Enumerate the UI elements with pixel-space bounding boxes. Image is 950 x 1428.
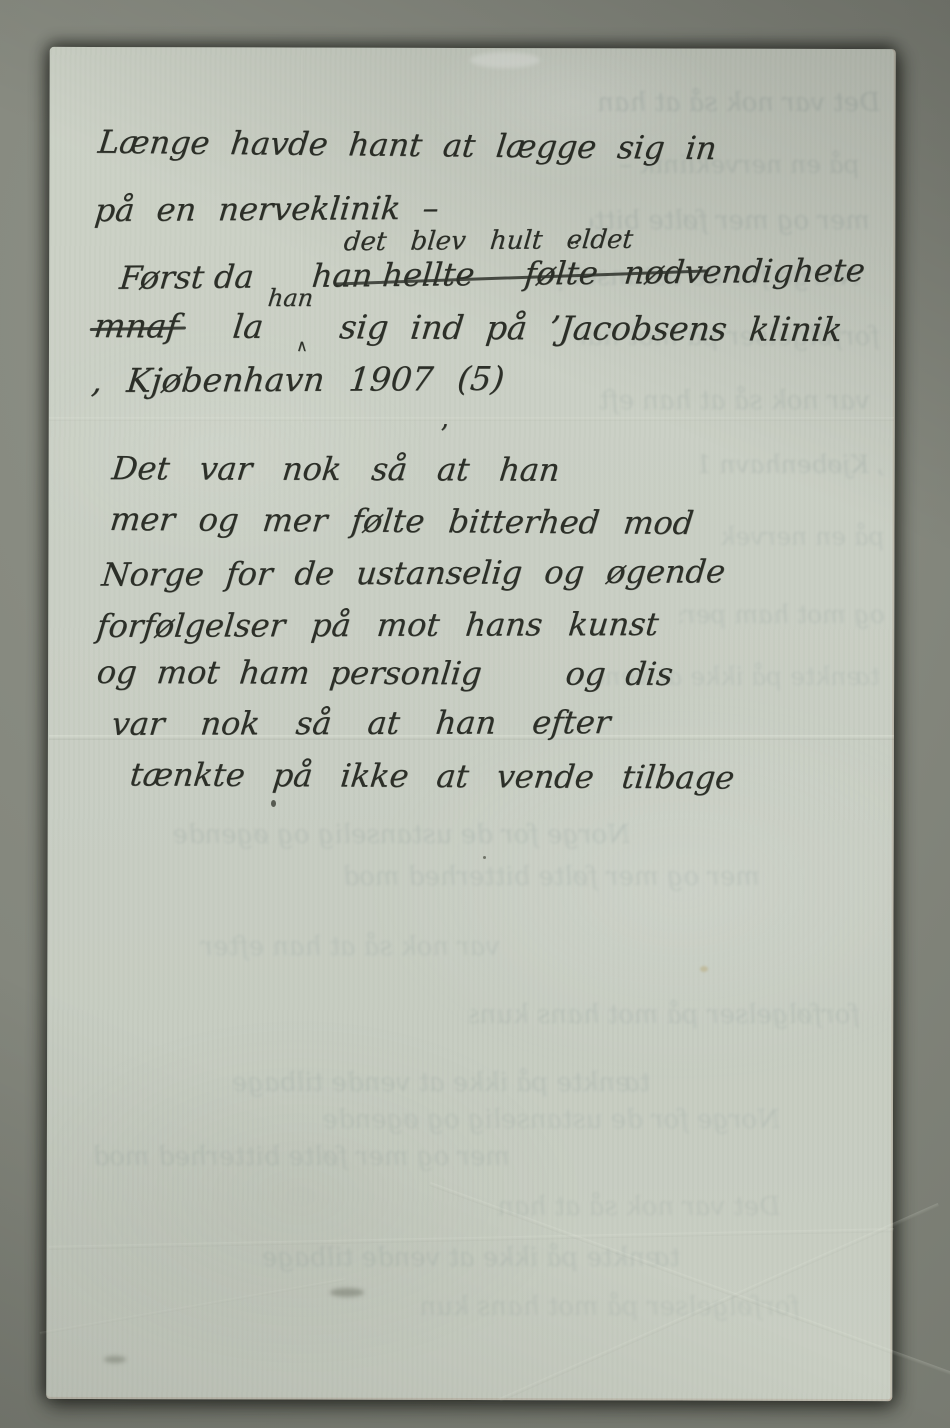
handwritten-line-11: var nok så at han efter [110, 703, 612, 743]
handwritten-line-4: mnaf la sig ind på ’Jacobsens klinik [92, 306, 844, 349]
handwritten-line-10: og mot ham personlig og dis [95, 653, 675, 693]
struck-words: han hellte [310, 255, 476, 295]
interline-insertion-1: det blev hult eldet [342, 225, 634, 258]
handwritten-line-7: mer og mer følte bitterhed mod [108, 500, 696, 542]
handwritten-line-6: Det var nok så at han [110, 449, 562, 489]
caret-mark: ∧ [296, 336, 308, 355]
line4-word-la: la [231, 307, 266, 346]
line10-start: og mot ham personlig [95, 653, 484, 692]
line3-start: Først da [118, 257, 256, 296]
line10-end: og dis [564, 655, 675, 693]
struck-word: mnaf [92, 306, 181, 345]
handwritten-line-2: på en nerveklinik – [93, 189, 441, 229]
handwritten-line-3: Først da han hellte følte nødvendighete [118, 251, 867, 297]
accent-mark: ’ [440, 420, 448, 450]
inserted-word-han: han [267, 284, 315, 312]
line4-rest: sig ind på ’Jacobsens klinik [338, 307, 845, 349]
handwritten-line-8: Norge for de ustanselig og øgende [100, 552, 727, 593]
handwritten-line-9: forfølgelser på mot hans kunst [95, 605, 660, 645]
handwritten-line-5: , Kjøbenhavn 1907 (5) [90, 359, 506, 400]
photo-backdrop: Det var nok så at han på en nerveklinik … [0, 0, 950, 1428]
handwritten-line-12: tænkte på ikke at vende tilbage [128, 755, 736, 796]
handwritten-line-1: Længe havde hant at lægge sig in [96, 123, 719, 167]
diaeresis-mark: ¨ [566, 238, 578, 266]
